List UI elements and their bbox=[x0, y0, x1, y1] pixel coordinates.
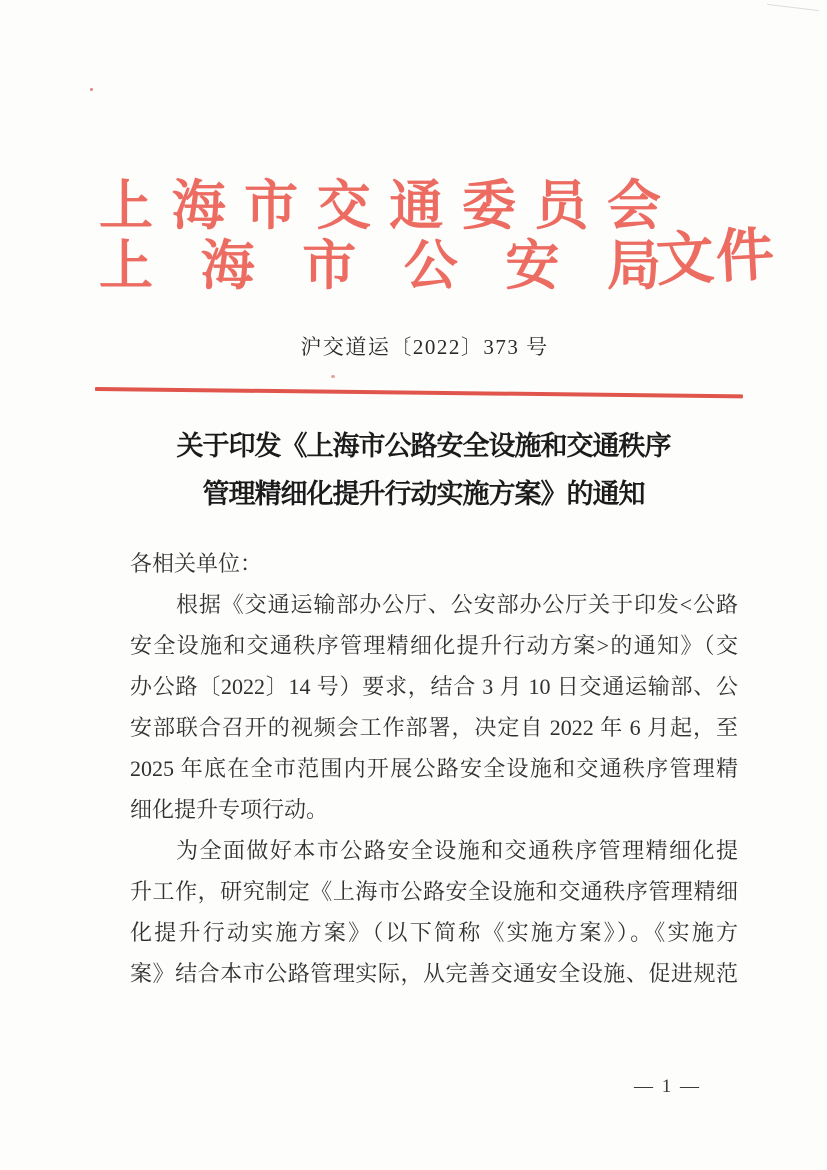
document-label: 文件 bbox=[655, 226, 778, 290]
red-divider-rule bbox=[95, 387, 743, 398]
document-page: 上 海 市 交 通 委 员 会 上 海 市 公 安 局 文件 沪交道运〔2022… bbox=[0, 0, 827, 1170]
body-line: 根据《交通运输部办公厅、公安部办公厅关于印发<公路 bbox=[130, 584, 738, 625]
body-line: 办公路〔2022〕14 号）要求，结合 3 月 10 日交通运输部、公 bbox=[130, 666, 738, 707]
body-line: 化提升行动实施方案》（以下简称《实施方案》）。《实施方 bbox=[130, 912, 738, 953]
title-line-1: 关于印发《上海市公路安全设施和交通秩序 bbox=[10, 423, 827, 471]
body-line: 升工作，研究制定《上海市公路安全设施和交通秩序管理精细 bbox=[130, 871, 738, 912]
title-line-2: 管理精细化提升行动实施方案》的通知 bbox=[10, 471, 827, 519]
body-text: 各相关单位：根据《交通运输部办公厅、公安部办公厅关于印发<公路安全设施和交通秩序… bbox=[130, 543, 738, 994]
scan-speck bbox=[331, 375, 335, 378]
body-line: 2025 年底在全市范围内开展公路安全设施和交通秩序管理精 bbox=[130, 748, 738, 789]
scan-speck bbox=[90, 88, 93, 91]
body-line: 安全设施和交通秩序管理精细化提升行动方案>的通知》（交 bbox=[130, 625, 738, 666]
letterhead: 上 海 市 交 通 委 员 会 上 海 市 公 安 局 bbox=[99, 176, 661, 296]
body-line: 安部联合召开的视频会工作部署，决定自 2022 年 6 月起，至 bbox=[130, 707, 738, 748]
agency-line-1: 上 海 市 交 通 委 员 会 bbox=[99, 176, 661, 236]
document-title: 关于印发《上海市公路安全设施和交通秩序 管理精细化提升行动实施方案》的通知 bbox=[10, 423, 827, 519]
scan-edge-mark bbox=[767, 4, 819, 11]
agency-line-2: 上 海 市 公 安 局 bbox=[99, 236, 661, 296]
body-line: 为全面做好本市公路安全设施和交通秩序管理精细化提 bbox=[130, 830, 738, 871]
body-line: 各相关单位： bbox=[130, 543, 738, 584]
document-number: 沪交道运〔2022〕373 号 bbox=[11, 331, 827, 361]
page-number: — 1 — bbox=[634, 1076, 701, 1098]
body-line: 细化提升专项行动。 bbox=[130, 789, 738, 830]
body-line: 案》结合本市公路管理实际，从完善交通安全设施、促进规范 bbox=[130, 953, 738, 994]
